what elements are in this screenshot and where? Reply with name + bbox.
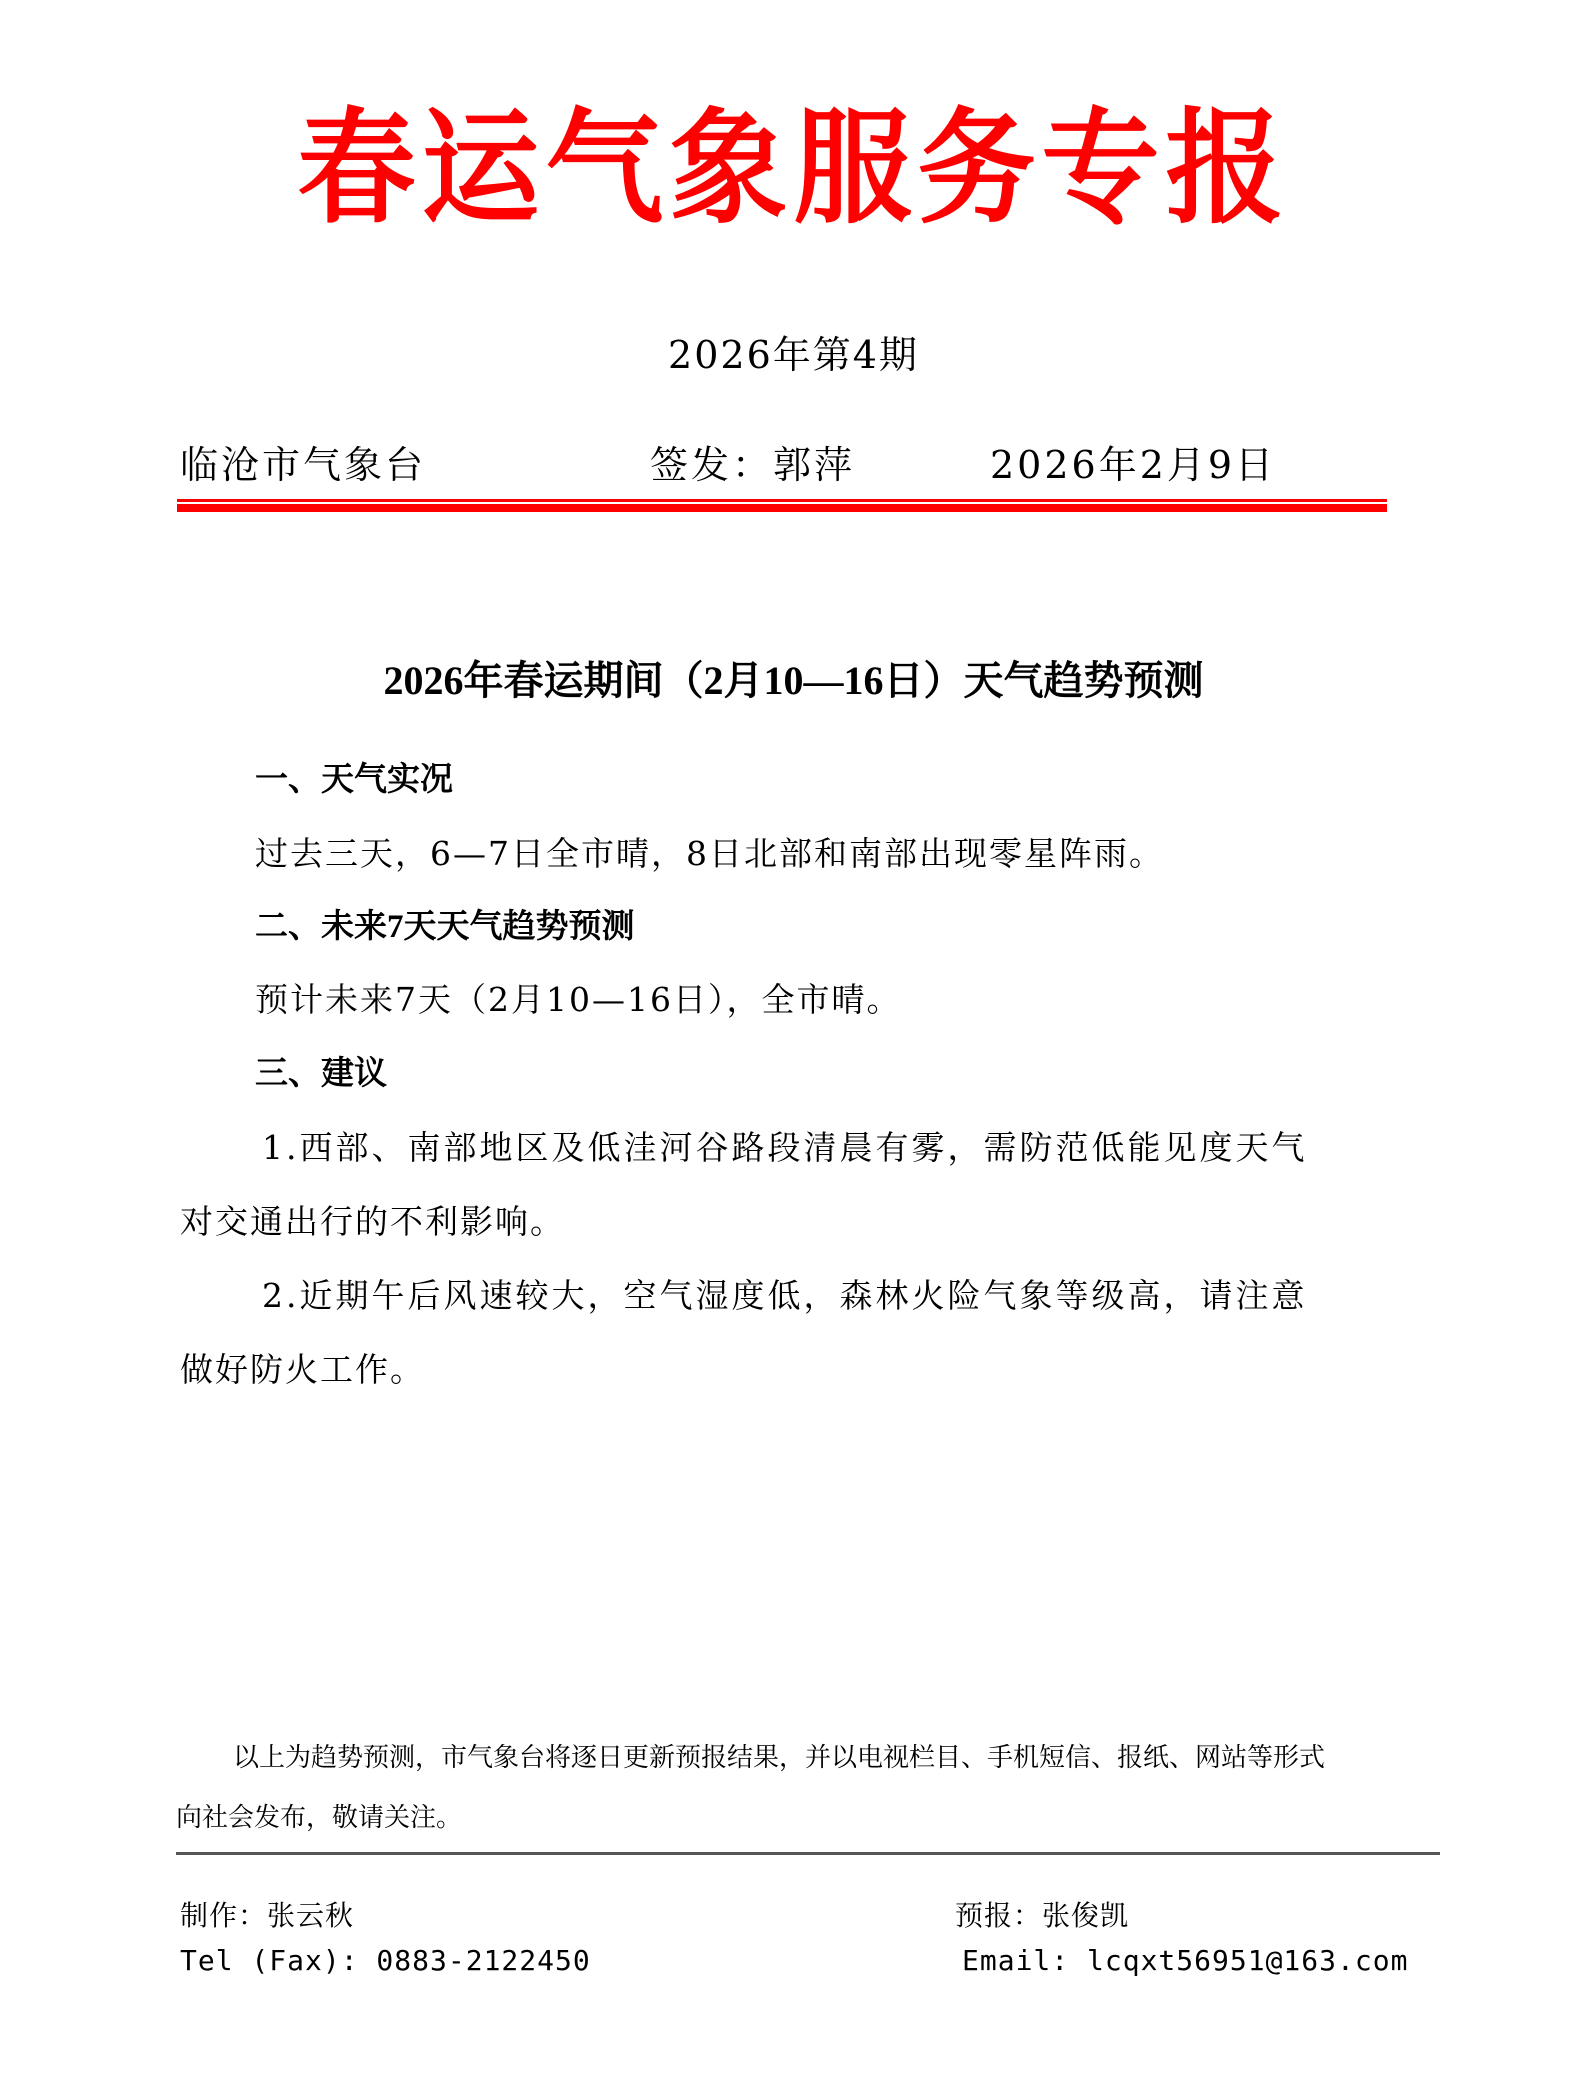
issue-number: 2026年第4期	[0, 330, 1587, 380]
masthead-title: 春运气象服务专报	[0, 95, 1587, 242]
document-title: 2026年春运期间（2月10—16日）天气趋势预测	[0, 655, 1587, 707]
forecaster-credit: 预报：张俊凯	[955, 1898, 1129, 1934]
producer-credit: 制作：张云秋	[180, 1898, 354, 1934]
advice-item-1-line2: 对交通出行的不利影响。	[180, 1200, 565, 1244]
footer-notice-line1: 以上为趋势预测，市气象台将逐日更新预报结果，并以电视栏目、手机短信、报纸、网站等…	[233, 1740, 1325, 1776]
advice-item-1-line1: 1.西部、南部地区及低洼河谷路段清晨有雾，需防范低能见度天气	[262, 1126, 1308, 1170]
issue-date: 2026年2月9日	[990, 440, 1276, 490]
section-heading-current-weather: 一、天气实况	[255, 758, 453, 802]
advice-item-2-line2: 做好防火工作。	[180, 1348, 425, 1392]
section-body-forecast: 预计未来7天（2月10—16日），全市晴。	[255, 978, 901, 1022]
header-rule-thin	[177, 499, 1387, 502]
footer-notice-line2: 向社会发布，敬请关注。	[176, 1800, 462, 1836]
section-heading-advice: 三、建议	[255, 1052, 387, 1096]
advice-item-2-line1: 2.近期午后风速较大，空气湿度低，森林火险气象等级高，请注意	[262, 1274, 1308, 1318]
header-rule-thick	[177, 504, 1387, 512]
telephone-fax: Tel (Fax): 0883-2122450	[180, 1943, 591, 1979]
contact-email: Email: lcqxt56951@163.com	[962, 1943, 1408, 1979]
section-body-current-weather: 过去三天，6—7日全市晴，8日北部和南部出现零星阵雨。	[255, 832, 1164, 876]
signed-by: 签发：郭萍	[650, 440, 855, 490]
footer-divider	[176, 1852, 1440, 1855]
issuing-organization: 临沧市气象台	[180, 440, 426, 490]
section-heading-forecast: 二、未来7天天气趋势预测	[255, 905, 635, 949]
